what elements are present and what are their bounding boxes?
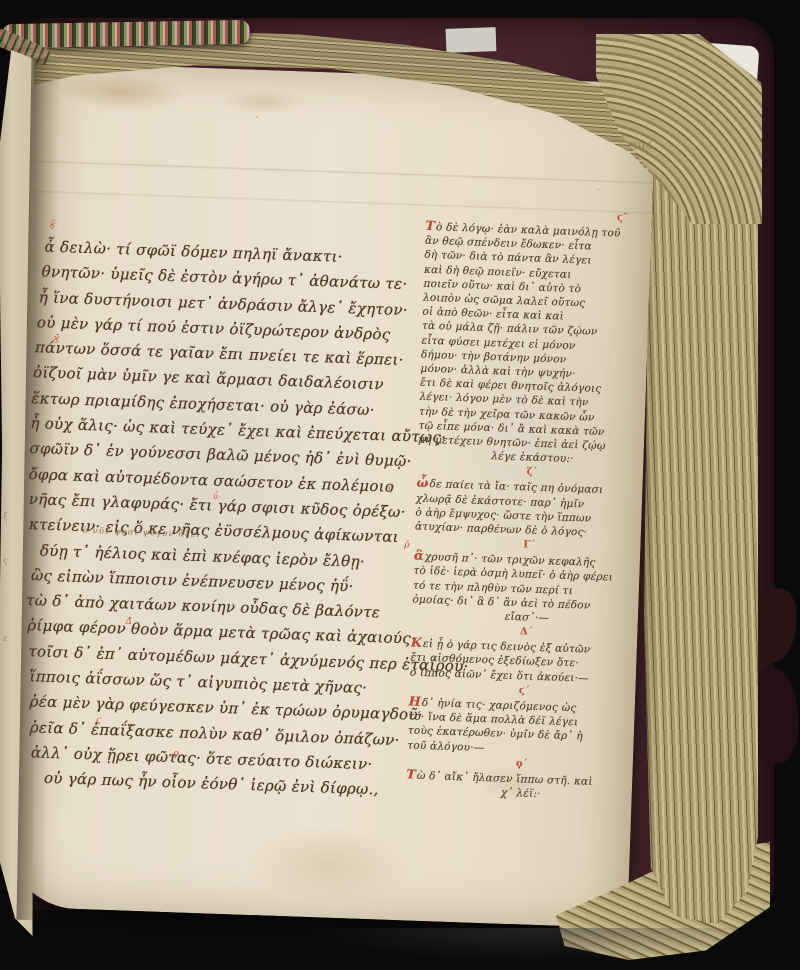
folio-number: 304 xyxy=(630,141,654,152)
scholion-paragraph: Ηδ᾽ ἡνία τις· χαριζόμενος ὡςτό· ἵνα δὲ ἅ… xyxy=(407,694,639,760)
edge-fragment: ε xyxy=(3,634,7,643)
main-text-block: ἆ δειλὼ· τί σφῶϊ δόμεν πηληϊ ἄνακτι·θνητ… xyxy=(18,234,429,804)
rubric-mark: ˙ xyxy=(253,116,259,127)
flyleaf-corner xyxy=(446,27,497,53)
rubric-mark: ρ̄ xyxy=(404,541,410,550)
manuscript-photo: ξς·ε 304 ἆ δειλὼ· τί σφῶϊ δόμεν πηληϊ ἄν… xyxy=(0,0,800,970)
rubric-mark: ϗ̃ xyxy=(49,221,55,230)
scholion-initial: Τ xyxy=(425,218,435,233)
page-edges-right xyxy=(644,128,758,924)
rubric-mark: Δ̄ xyxy=(125,618,132,627)
rubric-mark: ΰ xyxy=(213,492,218,500)
scholion-initial: Κ xyxy=(411,635,423,650)
scholion-paragraph: Τὸ δὲ λόγῳ· ἐὰν καλὰ μαινόλῃ τοῦἂν θεῷ σ… xyxy=(417,219,655,469)
edge-fragment: · xyxy=(3,596,6,605)
scholion-paragraph: Κεἰ ᾗ ὁ γάρ τις δεινὸς ἐξ αὐτῶνἔτι αἰσθό… xyxy=(410,636,641,688)
page-content: 304 ἆ δειλὼ· τί σφῶϊ δόμεν πηληϊ ἄνακτι·… xyxy=(6,62,657,928)
table-shadow xyxy=(300,928,770,970)
rubric-mark: ˙ xyxy=(595,190,600,199)
rubric-mark: ϛ xyxy=(96,717,101,726)
scholion-paragraph: ὧδε παίει τὰ ἴα· ταῖς πη ὀνόμασιχλωρᾷ δὲ… xyxy=(415,476,647,542)
scholion-initial: ἃ xyxy=(414,548,424,563)
scholia-column: ϛ῀Τὸ δὲ λόγῳ· ἐὰν καλὰ μαινόλῃ τοῦἂν θεῷ… xyxy=(406,204,657,807)
scholion-initial: Η xyxy=(409,693,422,708)
rubric-mark: ϙ xyxy=(173,749,179,759)
scholion-paragraph: Τὼ δ᾽ αἴκ᾽ ἤλασεν ἵππω στῆ. καὶχ᾽ λέϊ:· xyxy=(406,767,637,804)
rubric-mark: ϗ̃ xyxy=(53,335,59,344)
scholion-initial: Τ xyxy=(406,766,416,781)
scholion-paragraph: ἃχρυσῆ π᾽· τῶν τριχῶν κεφαλῆςτὸ ἰδὲ· ἱερ… xyxy=(412,549,644,629)
edge-fragment: ξ xyxy=(3,512,7,521)
rubric-mark: ϛ xyxy=(388,485,393,494)
scholion-initial: ὧ xyxy=(416,475,429,490)
edge-fragment: ς xyxy=(3,556,7,565)
